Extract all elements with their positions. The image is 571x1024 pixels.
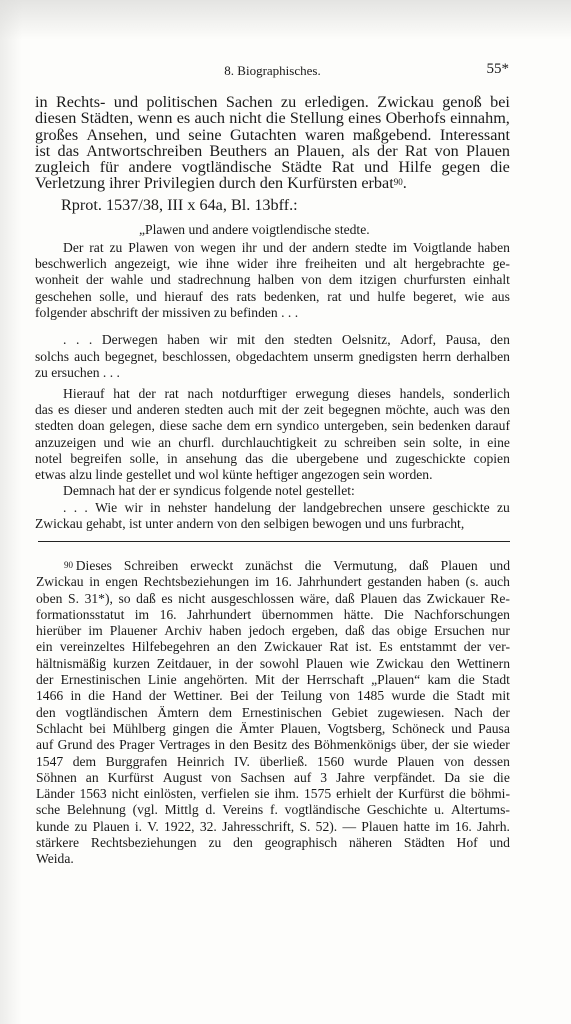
word: wie <box>464 289 484 305</box>
word: näheren <box>349 835 392 851</box>
word: einnahm, <box>450 110 510 126</box>
word: itzigen <box>360 272 397 288</box>
word: von <box>329 688 349 704</box>
word: begeret, <box>413 289 456 305</box>
body-line: inRechts-undpolitischenSachenzuerledigen… <box>35 94 510 110</box>
word: landgebrechen <box>303 500 382 516</box>
word: im <box>135 607 149 623</box>
word: Wettinern <box>457 656 510 672</box>
word: der <box>377 143 398 159</box>
word: anderen <box>137 402 180 418</box>
word: die <box>216 721 233 737</box>
word: gegen <box>442 159 481 175</box>
word: ihne <box>206 256 229 272</box>
word: ver- <box>488 639 510 655</box>
footnote-line: hältnismäßigkurzenZeitdauer,indersowohlP… <box>36 656 510 672</box>
word: auf <box>294 770 311 786</box>
word: . <box>84 500 87 516</box>
word: Zeitdauer, <box>157 656 212 672</box>
word: mit <box>237 332 255 348</box>
word: Plauen, <box>297 143 345 159</box>
word: Heinrich <box>177 754 225 770</box>
word: notdurftiger <box>222 386 287 402</box>
word: August <box>163 770 202 786</box>
word: 16. <box>275 574 292 590</box>
word: das <box>245 451 263 467</box>
word: an <box>217 639 230 655</box>
word: Ämter <box>239 721 274 737</box>
word: sache <box>192 418 222 434</box>
word: . <box>63 500 66 516</box>
word: wir <box>209 332 227 348</box>
word: Vogtsberg, <box>327 721 385 737</box>
word: andere <box>129 159 172 175</box>
word: diesen <box>35 110 76 126</box>
footnote-line: kundezuPlaueni.V.1922,32.Jahresschrift,S… <box>36 819 510 835</box>
word: hat <box>113 386 130 402</box>
word: den <box>490 402 510 418</box>
word: aus <box>492 289 510 305</box>
word: wie <box>131 435 151 451</box>
footnote-line: Länder1563nichteinlösten,verfielensieihm… <box>36 786 510 802</box>
word: sie <box>254 786 269 802</box>
word: was <box>464 402 485 418</box>
body-line: diesenStädten,wennesauchnichtdieStellung… <box>35 110 510 126</box>
word: und <box>364 159 388 175</box>
word: Kurfürst <box>398 786 444 802</box>
word: für <box>100 159 119 175</box>
word: Stadt <box>457 688 485 704</box>
word: als <box>352 143 370 159</box>
word: begegnen <box>328 402 380 418</box>
word: und <box>112 402 132 418</box>
quote-line: beschwerlichangezeigt,wieihnewiderihrefr… <box>35 256 510 272</box>
word: S. <box>68 591 79 607</box>
section-title: 8. Biographisches. <box>36 63 509 79</box>
word: und <box>490 835 510 851</box>
word: Oelsnitz, <box>342 332 391 348</box>
word: Die <box>384 607 404 623</box>
word: Wettiner. <box>174 688 223 704</box>
word: solle, <box>130 451 159 467</box>
word: Jahrhundert <box>298 574 362 590</box>
word: den <box>36 705 56 721</box>
word: zunächst <box>245 558 293 574</box>
word: geschickte <box>432 500 489 516</box>
word: an <box>158 435 171 451</box>
word: . <box>76 332 79 348</box>
word: die <box>88 688 105 704</box>
word: dieser <box>74 402 106 418</box>
footnote-reference[interactable]: 90 <box>394 177 403 187</box>
word: schreiben <box>344 435 396 451</box>
word: hulfe <box>377 289 405 305</box>
word: der <box>376 786 393 802</box>
word: begegnet, <box>105 349 157 365</box>
word: (s. <box>465 574 478 590</box>
word: Gutachten <box>230 127 297 143</box>
word: und <box>103 435 123 451</box>
word: wider <box>237 256 268 272</box>
word: rat <box>165 386 179 402</box>
word: von <box>174 240 194 256</box>
word: Wie <box>95 500 117 516</box>
word: Schöneck <box>392 721 445 737</box>
word: mit <box>492 688 510 704</box>
footnote-line: hierüberimPlauenerArchivhabenjedochergeb… <box>36 623 510 639</box>
word: durchlauchtigkeit <box>222 435 317 451</box>
word: Schlacht <box>36 721 83 737</box>
word: überließ. <box>259 754 307 770</box>
word: 1466 <box>36 688 63 704</box>
word: ihre <box>276 256 297 272</box>
word: Zwickau <box>377 94 434 110</box>
word: und <box>365 256 385 272</box>
word: der <box>86 272 103 288</box>
word: sche <box>36 802 60 818</box>
word: Oberhofs <box>386 110 446 126</box>
word: Städten <box>404 835 445 851</box>
word: 1560 <box>317 754 344 770</box>
word: Hilfebegehren <box>132 639 210 655</box>
quote-line: solchsauchbegegnet,beschlossen,obgedacht… <box>35 349 510 365</box>
word: haben <box>427 574 459 590</box>
word: gingen <box>172 721 209 737</box>
quote-line: Zwickau gehabt, ist unter andern von den… <box>35 516 510 532</box>
word: bedenken, <box>264 289 319 305</box>
word: angehörten. <box>184 672 248 688</box>
word: das <box>403 591 421 607</box>
word: Söhnen <box>36 770 77 786</box>
word: wonheit <box>35 272 79 288</box>
word: der <box>464 639 481 655</box>
word: im <box>393 240 407 256</box>
word: notel <box>35 451 62 467</box>
quote-line: Demnach hat der er syndicus folgende not… <box>35 483 510 499</box>
word: 16. <box>160 607 177 623</box>
word: den <box>229 737 249 753</box>
word: Interessant <box>440 127 510 143</box>
word: in <box>218 656 229 672</box>
word: erledigen. <box>305 94 369 110</box>
quote-line: ...DerwegenhabenwirmitdenstedtenOelsnitz… <box>35 332 510 348</box>
word: ihm. <box>275 786 300 802</box>
word: auch <box>228 402 254 418</box>
word: in <box>89 574 100 590</box>
footnote-line: obenS.31*),sodaßesnichtausgeschlossenwär… <box>36 591 510 607</box>
quote-line: stedtendoangelegen,diesesachedemernsyndi… <box>35 418 510 434</box>
word: churfursten <box>404 272 466 288</box>
word: erwegung <box>295 386 349 402</box>
footnote-line: 1466indieHandderWettiner.BeiderTeilungvo… <box>36 688 510 704</box>
word: haben <box>209 623 241 639</box>
word: Ansehen, <box>87 127 148 143</box>
word: Hierauf <box>63 386 105 402</box>
word: die <box>449 786 466 802</box>
word: Städte <box>281 159 321 175</box>
word: der <box>256 688 273 704</box>
word: Rat <box>332 159 354 175</box>
word: beschwerlich <box>35 256 107 272</box>
word: Antwortschreiben <box>86 143 202 159</box>
word: nicht <box>112 786 139 802</box>
word: daß <box>345 623 365 639</box>
word: zu <box>281 94 296 110</box>
word: es <box>58 402 69 418</box>
word: stedte <box>355 240 387 256</box>
footnote-line: Weida. <box>36 851 510 867</box>
word: wurde <box>391 688 425 704</box>
word: u. <box>434 802 444 818</box>
word: daß <box>335 591 355 607</box>
word: die <box>493 770 510 786</box>
word: Hof <box>457 835 478 851</box>
word: Der <box>63 240 83 256</box>
word: stadrechnung <box>178 272 250 288</box>
word: der <box>282 402 299 418</box>
word: halben <box>258 272 294 288</box>
word: untergeben, <box>324 418 388 434</box>
word: Bei <box>230 688 249 704</box>
word: engen <box>105 574 137 590</box>
word: Stadt <box>482 672 510 688</box>
word: an <box>274 143 289 159</box>
word: erhielt <box>336 786 371 802</box>
word: der <box>289 240 306 256</box>
footnote-body: 90 DiesesSchreibenerwecktzunächstdieVerm… <box>36 558 510 868</box>
quote-body: DerratzuPlawenvonwegenihrundderandernste… <box>35 240 510 533</box>
word: Rechtsbeziehungen <box>144 574 250 590</box>
word: im <box>435 819 449 835</box>
word: rat <box>89 240 103 256</box>
word: 3 <box>320 770 327 786</box>
word: Rechts- <box>56 94 105 110</box>
word: (vgl. <box>133 802 158 818</box>
word: ist <box>35 143 50 159</box>
word: solle, <box>99 289 128 305</box>
word: solte, <box>433 435 462 451</box>
footnote-line: 1547demBurggrafenHeinrichIV.überließ.156… <box>36 754 510 770</box>
quote-line: anzuzeigenundwieanchurfl.durchlauchtigke… <box>35 435 510 451</box>
word: ansehung <box>186 451 237 467</box>
quote-line: zu ersuchen . . . <box>35 365 510 381</box>
word: daß <box>136 591 156 607</box>
word: zeit <box>304 402 324 418</box>
word: Rat <box>329 639 348 655</box>
word: Da <box>444 770 460 786</box>
word: den <box>237 639 257 655</box>
word: über, <box>401 737 428 753</box>
word: begreifen <box>70 451 121 467</box>
word: Plauener <box>110 623 158 639</box>
word: Voigtlande <box>413 240 472 256</box>
word: stedten <box>294 332 333 348</box>
word: Kurfürst <box>108 770 154 786</box>
word: vogtländische <box>182 159 272 175</box>
word: ihr <box>242 240 257 256</box>
word: Zwickau <box>376 656 424 672</box>
word: Geschichte <box>367 802 427 818</box>
word: zu <box>497 500 510 516</box>
word: Grund <box>58 737 93 753</box>
word: 31*), <box>85 591 113 607</box>
page-edge-shadow <box>0 0 571 40</box>
quote-line: dasesdieserundanderenstedtenauchmitderze… <box>35 402 510 418</box>
body-line-text: Verletzung ihrer Privilegien durch den K… <box>35 174 394 192</box>
word: gestanden <box>367 574 421 590</box>
word: die <box>490 159 510 175</box>
page-number: 55* <box>487 61 510 78</box>
footnote-number: 90 <box>64 560 73 570</box>
word: Plauen <box>306 656 343 672</box>
word: Burggrafen <box>106 754 168 770</box>
word: verpfändet. <box>374 770 436 786</box>
word: stedten <box>185 402 224 418</box>
word: Re- <box>490 591 510 607</box>
word: Rechtsbeziehungen <box>91 835 197 851</box>
footnote-line: SöhnenanKurfürstAugustvonSachsenauf3Jahr… <box>36 770 510 786</box>
word: der <box>493 705 510 721</box>
word: . <box>74 500 77 516</box>
word: geschehen <box>35 289 92 305</box>
word: beschlossen, <box>162 349 230 365</box>
word: Jahrhundert <box>187 607 251 623</box>
word: Plauen <box>466 143 510 159</box>
word: oben <box>36 591 62 607</box>
word: ist. <box>356 639 372 655</box>
word: Plauen <box>93 819 130 835</box>
word: der <box>282 672 299 688</box>
running-header: 8. Biographisches. 55* <box>36 62 509 80</box>
word: i. <box>135 819 142 835</box>
body-paragraph: inRechts-undpolitischenSachenzuerledigen… <box>35 94 510 192</box>
word: herrn <box>423 349 452 365</box>
word: Jahresschrift, <box>222 819 294 835</box>
word: der <box>36 672 53 688</box>
word: Plauen <box>397 754 434 770</box>
word: ubergebene <box>296 451 358 467</box>
word: übernommen <box>262 607 334 623</box>
word: . <box>89 332 92 348</box>
word: das <box>35 402 53 418</box>
footnote-line: 90 DiesesSchreibenerwecktzunächstdieVerm… <box>36 558 510 574</box>
word: Hand <box>112 688 141 704</box>
word: Altertums- <box>451 802 510 818</box>
word: auch <box>194 110 225 126</box>
quote-title: „Plawen und andere voigtlendische stedte… <box>35 222 510 238</box>
word: Linie <box>148 672 177 688</box>
word: wenn <box>137 110 172 126</box>
footnote-separator <box>38 541 510 542</box>
word: maßgebend. <box>353 127 432 143</box>
word: Mühlberg <box>112 721 165 737</box>
word: bedenken <box>419 418 471 434</box>
word: sie <box>469 770 484 786</box>
quote-line: Hieraufhatderratnachnotdurftigererwegung… <box>35 386 510 402</box>
word: IV. <box>234 754 250 770</box>
word: und <box>136 289 156 305</box>
word: Gebiet <box>332 705 368 721</box>
word: seine <box>188 127 221 143</box>
word: vogtländische <box>285 802 361 818</box>
word: Städten, <box>81 110 134 126</box>
word: Ernestinischen <box>242 705 322 721</box>
word: der <box>236 656 253 672</box>
word: andern <box>312 240 349 256</box>
word: nach <box>188 386 214 402</box>
word: die <box>433 688 450 704</box>
word: der <box>278 500 295 516</box>
word: sowohl <box>260 656 299 672</box>
word: in <box>70 688 81 704</box>
word: gelegen, <box>109 418 155 434</box>
footnote-90: 90 DiesesSchreibenerwecktzunächstdieVerm… <box>36 558 510 868</box>
word: Ernestinischen <box>61 672 141 688</box>
word: des <box>211 289 229 305</box>
word: bei <box>490 94 510 110</box>
word: von <box>434 143 458 159</box>
word: des <box>292 737 310 753</box>
word: Adorf, <box>400 332 436 348</box>
word: obgedachtem <box>236 349 308 365</box>
word: dem <box>227 418 250 434</box>
word: wäre, <box>300 591 330 607</box>
word: von <box>211 770 231 786</box>
word: einhalt <box>473 272 510 288</box>
word: darauf <box>475 418 510 434</box>
quote-line: ...Wiewirinnehsterhandelungderlandgebrec… <box>35 500 510 516</box>
word: zu <box>208 835 221 851</box>
word: alt <box>393 256 407 272</box>
word: böhmi- <box>471 786 510 802</box>
footnote-line: derErnestinischenLinieangehörten.MitderH… <box>36 672 510 688</box>
word: diese <box>160 418 188 434</box>
word: Derwegen <box>102 332 158 348</box>
word: Plawen <box>128 240 168 256</box>
word: 1485 <box>357 688 384 704</box>
footnote-line: einvereinzeltesHilfebegehrenandenZwickau… <box>36 639 510 655</box>
word: 16. <box>455 819 472 835</box>
word: dem <box>73 754 96 770</box>
word: Vereins <box>222 802 263 818</box>
word: Belehnung <box>67 802 126 818</box>
body-line: großesAnsehen,undseineGutachtenwarenmaßg… <box>35 127 510 143</box>
word: „Plauen“ <box>371 672 420 688</box>
word: Es <box>379 639 393 655</box>
word: Ersuchen <box>434 623 485 639</box>
word: Stellung <box>290 110 344 126</box>
word: anzuzeigen <box>35 435 96 451</box>
word: Plauen <box>361 819 398 835</box>
word: wie <box>178 256 198 272</box>
word: Sachsen <box>240 770 285 786</box>
word: V. <box>147 819 158 835</box>
word: sein <box>404 435 426 451</box>
word: ausgeschlossen <box>211 591 294 607</box>
word: auch <box>434 402 460 418</box>
word: waren <box>305 127 345 143</box>
word: es <box>161 591 172 607</box>
word: wir <box>125 500 143 516</box>
word: den <box>233 835 253 851</box>
word: in <box>167 451 178 467</box>
word: auf <box>36 737 53 753</box>
word: großes <box>35 127 78 143</box>
word: und <box>263 240 283 256</box>
word: obige <box>397 623 427 639</box>
word: Böhmenkönigs <box>314 737 396 753</box>
word: ein <box>36 639 53 655</box>
